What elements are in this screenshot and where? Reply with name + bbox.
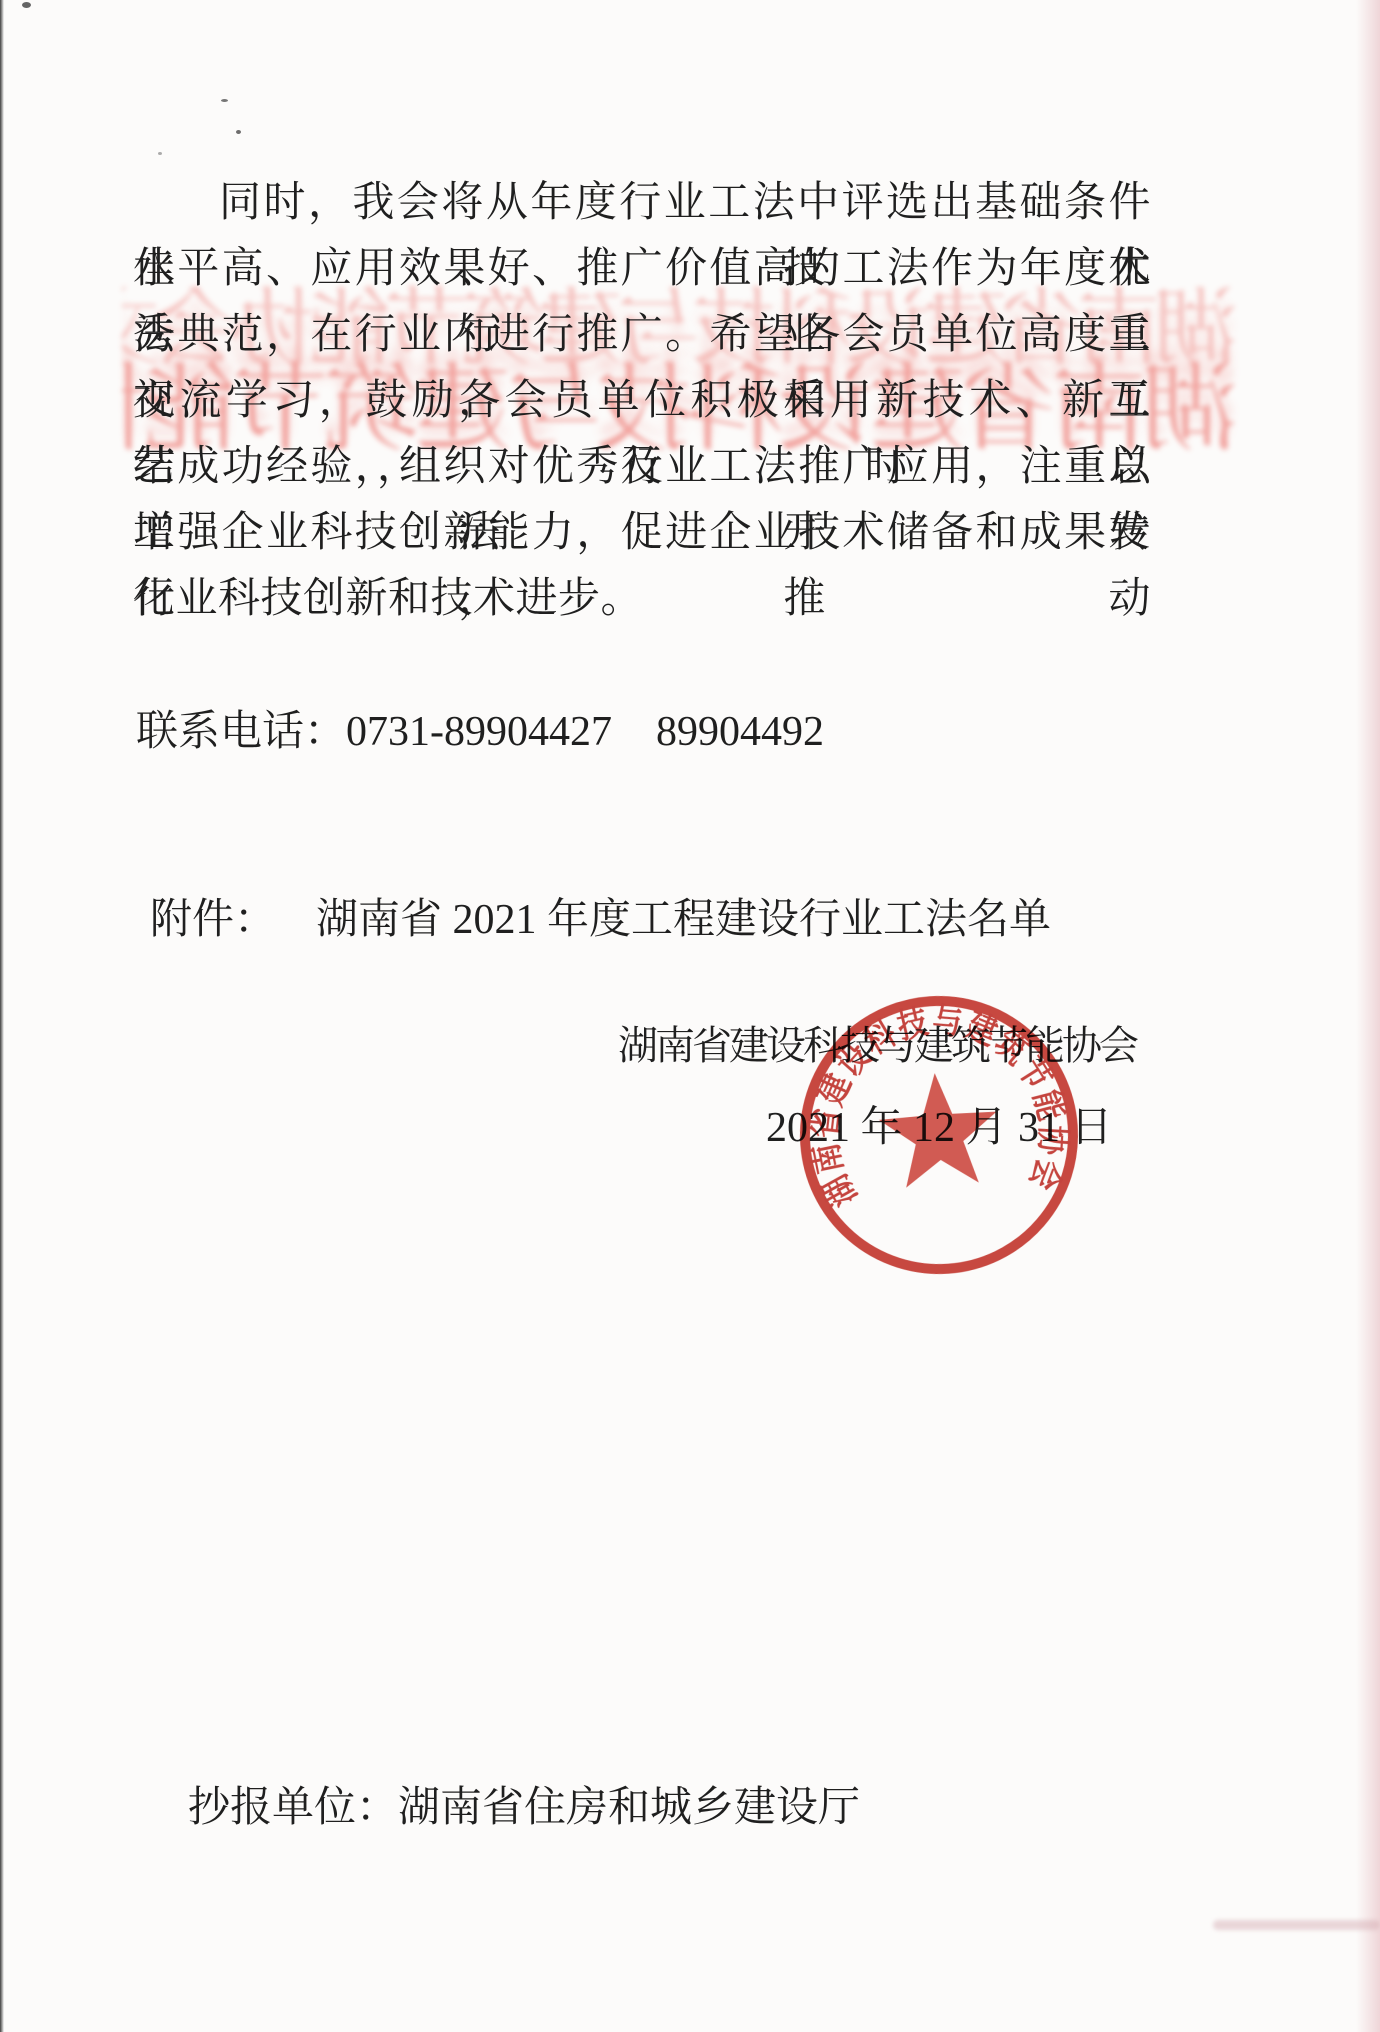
body-paragraph: 同时，我会将从年度行业工法中评选出基础条件佳、技术 水平高、应用效果好、推广价值… xyxy=(133,170,1151,632)
copy-to-line: 抄报单位：湖南省住房和城乡建设厅 xyxy=(188,1774,860,1834)
contact-phone-line: 联系电话：0731-8990442789904492 xyxy=(136,698,824,758)
paragraph-line: 同时，我会将从年度行业工法中评选出基础条件佳、技术 xyxy=(133,170,1151,236)
paragraph-line: 结成功经验，组织对优秀行业工法推广应用，注重以工法开发 xyxy=(133,434,1151,500)
scan-edge-left xyxy=(0,0,4,2032)
contact-phone-1: 0731-89904427 xyxy=(346,709,612,755)
official-seal: 湖南省建设科技与建筑节能协会 xyxy=(779,975,1099,1295)
scan-edge-right xyxy=(1356,0,1380,2032)
contact-label: 联系电话： xyxy=(136,709,346,755)
scan-speck xyxy=(221,99,228,102)
paragraph-line: 水平高、应用效果好、推广价值高的工法作为年度优秀行业工 xyxy=(133,236,1151,302)
paragraph-line: 交流学习，鼓励各会员单位积极采用新技术、新工艺，及时总 xyxy=(133,368,1151,434)
paragraph-line: 增强企业科技创新能力，促进企业技术储备和成果转化，推动 xyxy=(133,500,1151,566)
paragraph-line: 法典范，在行业内进行推广。希望各会员单位高度重视，相互 xyxy=(133,302,1151,368)
seal-star-icon xyxy=(876,1069,1002,1189)
copy-to-unit: 湖南省住房和城乡建设厅 xyxy=(398,1785,860,1831)
scan-speck xyxy=(22,2,31,8)
attachment-label: 附件： xyxy=(150,897,276,943)
copy-to-label: 抄报单位： xyxy=(188,1785,398,1831)
scan-smudge xyxy=(1213,1920,1380,1930)
scan-speck xyxy=(236,130,241,134)
attachment-line: 附件：湖南省 2021 年度工程建设行业工法名单 xyxy=(150,886,1051,946)
scan-speck xyxy=(158,152,162,155)
contact-phone-2: 89904492 xyxy=(656,709,824,755)
attachment-title: 湖南省 2021 年度工程建设行业工法名单 xyxy=(316,897,1051,943)
